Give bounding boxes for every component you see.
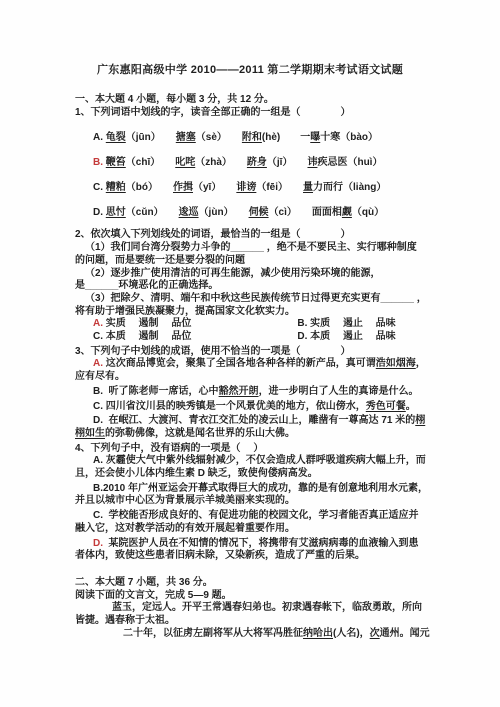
text-segment: C. [93,182,106,193]
underlined-text: 豁然开朗 [219,386,259,397]
text-segment: (人名)， [333,628,370,639]
underlined-text: 附和 [242,132,262,143]
text-segment: A. 灰霾使大气中紫外线辐射减少，不仅会造成人群呼吸道疾病大幅上升，而 [93,455,426,466]
q1-stem: 1、下列词语中划线的字，读音全部正确的一组是（ ） [75,107,480,120]
underlined-text: 搪塞 [176,132,196,143]
underlined-text: 逡巡 [179,207,199,218]
text-segment: （qù） [352,207,384,218]
text-segment: 实质 遏制 品位 [103,318,191,329]
text-segment: （sè） [196,132,242,143]
q2-item3-line1: （3）把除夕、清明、端午和中秋这些民族传统节日过得更充实更有______ ， [75,293,480,306]
passage-line1: 蓝玉，定远人。开平王常遇春妇弟也。初隶遇春帐下，临敌勇敢，所向 [75,602,480,615]
q2-item2-line2: 是______环境恶化的正确选择。 [75,280,480,293]
answer-letter: D. [93,538,103,549]
underlined-text: 栩如生 [75,428,105,439]
text-segment: （jùn） [199,207,249,218]
text-segment: B. 听了陈老师一席话，心中 [93,386,219,397]
q3-stem: 3、下列句子中划线的成语，使用不恰当的一项是（ ） [75,346,480,359]
text-segment: A. [93,132,106,143]
text-segment: D. 在岷江、大渡河、青衣江交汇处的凌云山上，雕凿有一尊高达 71 米的 [93,415,415,426]
q1-option-b: B. 鞭笞（chī） 叱咤（zhà） 跻身（jī） 讳疾忌医（huì） [75,150,480,175]
text-segment: (hè) 一 [262,132,310,143]
text-segment: 并且以城市中心区为背景展示羊城美丽来实现的。 [75,495,295,506]
underlined-text: 次 [370,628,380,639]
text-segment: （zhà） [195,157,247,168]
text-segment: B.2010 年广州亚运会开幕式取得巨大的成功，靠的是有创意地利用水元素， [93,483,428,494]
text-segment: C. 四川省汶川县的映秀镇是一个风景优美的地方，依山傍水， [93,401,366,412]
q1-option-c: C. 糟粕（bó） 作揖（yī） 诽谤（fēi） 量力而行（liàng） [75,175,480,200]
underlined-text: 糟粕 [106,182,126,193]
q4-option-a-line1: A. 灰霾使大气中紫外线辐射减少，不仅会造成人群呼吸道疾病大幅上升，而 [75,455,480,468]
text-segment: （yī） [193,182,236,193]
text-segment: （chī） [126,157,175,168]
exam-title: 广东惠阳高级中学 2010——2011 第二学期期末考试语文试题 [0,64,500,77]
text-segment: 某院医护人员在不知情的情况下，将携带有艾滋病病毒的血液输入到患 [103,538,419,549]
text-segment: B. 实质 遏止 品味 [297,318,395,329]
text-segment: （fēi） [256,182,303,193]
text-segment: 者体内，致使这些患者旧病未除，又染新疾，造成了严重的后果。 [75,550,365,561]
answer-letter: A. [93,358,103,369]
underlined-text: 跻身 [247,157,267,168]
text-segment: 1、下列词语中划线的字，读音全部正确的一组是（ ） [75,107,351,118]
q2-options-cd: C. 本质 遏制 品位D. 本质 遏止 品味 [75,331,480,344]
underlined-text: 栩 [415,415,425,426]
q3-option-d-line1: D. 在岷江、大渡河、青衣江交汇处的凌云山上，雕凿有一尊高达 71 米的栩 [75,415,480,428]
text-segment: 2、依次填入下列划线处的词语，最恰当的一组是（ ） [75,229,351,240]
section1-header: 一、本大题 4 小题，每小题 3 分，共 12 分。 [75,94,480,107]
q2-item1-line2: 的问题，而是要统一还是要分裂的问题 [75,255,480,268]
text-segment: 将有助于增强民族凝聚力，提高国家文化软实力。 [75,306,295,317]
underlined-text: 鞭笞 [106,157,126,168]
text-segment: C. 本质 遏制 品位 [93,331,191,342]
text-segment: 应有尽有。 [75,371,125,382]
text-segment: 4、下列句子中，没有语病的一项是（ ） [75,443,263,454]
text-segment: D. [93,207,106,218]
section2-header: 二、本大题 7 小题，共 36 分。 [75,577,480,590]
underlined-text: 龟裂 [106,132,126,143]
text-segment: （2）逐步推广使用清洁的可再生能源，减少使用污染环境的能源， [85,268,381,279]
section2-instruction: 阅读下面的文言文，完成 5—9 题。 [75,590,480,603]
text-segment: 蓝玉，定远人。开平王常遇春妇弟也。初隶遇春帐下，临敌勇敢，所向 [112,602,422,613]
q4-option-d-line2: 者体内，致使这些患者旧病未除，又染新疾，造成了严重的后果。 [75,550,480,563]
text-segment: 一、本大题 4 小题，每小题 3 分，共 12 分。 [75,94,274,105]
q2-item2-line1: （2）逐步推广使用清洁的可再生能源，减少使用污染环境的能源， [75,268,480,281]
q1-option-a: A. 龟裂（jūn） 搪塞（sè） 附和(hè) 一曝十寒（bào） [75,125,480,150]
text-segment: ， [416,358,426,369]
text-segment: 通州。闻元 [380,628,430,639]
q4-option-c-line2: 融入它，这对教学活动的有效开展起着重要作用。 [75,523,480,536]
exam-paper-page: 广东惠阳高级中学 2010——2011 第二学期期末考试语文试题 一、本大题 4… [0,0,500,707]
q4-option-b-line1: B.2010 年广州亚运会开幕式取得巨大的成功，靠的是有创意地利用水元素， [75,483,480,496]
underlined-text: 纳哈出 [303,628,333,639]
text-segment: （cì） 面面相 [269,207,342,218]
text-segment: （3）把除夕、清明、端午和中秋这些民族传统节日过得更充实更有______ ， [85,293,427,304]
q1-option-d: D. 思忖（cǔn） 逡巡（jùn） 伺候（cì） 面面相觑（qù） [75,200,480,225]
text-segment: 是______环境恶化的正确选择。 [75,280,218,291]
text-segment: （1）我们同台湾分裂势力斗争的______ ，绝不是不要民主、实行哪种制度 [85,242,417,253]
answer-letter: A. [93,318,103,329]
q4-option-a-line2: 且，还会使小儿体内维生素 D 缺乏，致使佝偻病高发。 [75,468,480,481]
q3-option-b: B. 听了陈老师一席话，心中豁然开朗，进一步明白了人生的真谛是什么。 [75,386,480,399]
underlined-text: 诽谤 [236,182,256,193]
text-segment: 二十年，以征虏左副将军从大将军冯胜征 [123,628,303,639]
text-segment: 这次商品博览会，聚集了全国各地各种各样的新产品，真可谓 [103,358,376,369]
answer-letter: B. [93,157,103,168]
underlined-text: 伺候 [249,207,269,218]
text-segment: C. 学校能否形成良好的、有促进功能的校园文化，学习者能否真正适应并 [93,510,419,521]
q2-item3-line2: 将有助于增强民族凝聚力，提高国家文化软实力。 [75,306,480,319]
text-segment: 3、下列句子中划线的成语，使用不恰当的一项是（ ） [75,346,351,357]
q3-option-a-line1: A. 这次商品博览会，聚集了全国各地各种各样的新产品，真可谓浩如烟海， [75,358,480,371]
text-segment: 且，还会使小儿体内维生素 D 缺乏，致使佝偻病高发。 [75,468,318,479]
text-segment: 二、本大题 7 小题，共 36 分。 [75,577,213,588]
underlined-text: 思忖 [106,207,126,218]
underlined-text: 作揖 [173,182,193,193]
q4-option-c-line1: C. 学校能否形成良好的、有促进功能的校园文化，学习者能否真正适应并 [75,510,480,523]
q2-stem: 2、依次填入下列划线处的词语，最恰当的一组是（ ） [75,229,480,242]
text-segment: 疾忌医（huì） [317,157,382,168]
text-segment: 十寒（bào） [320,132,378,143]
text-segment: （cǔn） [126,207,179,218]
underlined-text: 量 [303,182,313,193]
q2-item1-line1: （1）我们同台湾分裂势力斗争的______ ，绝不是不要民主、实行哪种制度 [75,242,480,255]
q3-option-a-line2: 应有尽有。 [75,371,480,384]
text-segment: ，进一步明白了人生的真谛是什么。 [259,386,419,397]
text-segment: （jī） [267,157,308,168]
q4-option-b-line2: 并且以城市中心区为背景展示羊城美丽来实现的。 [75,495,480,508]
passage-line3: 二十年，以征虏左副将军从大将军冯胜征纳哈出(人名)，次通州。闻元 [75,628,480,641]
text-segment: 的问题，而是要统一还是要分裂的问题 [75,255,245,266]
text-segment: 融入它，这对教学活动的有效开展起着重要作用。 [75,523,295,534]
underlined-text: 觑 [342,207,352,218]
underlined-text: 叱咤 [175,157,195,168]
q3-option-d-line2: 栩如生的弥勒佛像，这就是闻名世界的乐山大佛。 [75,428,480,441]
text-segment: （jūn） [126,132,176,143]
document-body: 一、本大题 4 小题，每小题 3 分，共 12 分。1、下列词语中划线的字，读音… [0,94,500,641]
underlined-text: 浩如烟海 [376,358,416,369]
text-segment: D. 本质 遏止 品味 [297,331,395,342]
q3-option-c: C. 四川省汶川县的映秀镇是一个风景优美的地方，依山傍水，秀色可餐。 [75,401,480,414]
text-segment: 的弥勒佛像，这就是闻名世界的乐山大佛。 [105,428,295,439]
text-segment: 力而行（liàng） [313,182,386,193]
passage-line2: 皆捷。遇春称于太祖。 [75,615,480,628]
q4-stem: 4、下列句子中，没有语病的一项是（ ） [75,443,480,456]
text-segment: 皆捷。遇春称于太祖。 [75,615,175,626]
text-segment: （bó） [126,182,173,193]
underlined-text: 曝 [310,132,320,143]
text-segment: 。 [406,401,416,412]
q4-option-d-line1: D. 某院医护人员在不知情的情况下，将携带有艾滋病病毒的血液输入到患 [75,538,480,551]
text-segment: 阅读下面的文言文，完成 5—9 题。 [75,590,232,601]
q2-options-ab: A. 实质 遏制 品位B. 实质 遏止 品味 [75,318,480,331]
underlined-text: 讳 [307,157,317,168]
underlined-text: 秀色可餐 [366,401,406,412]
